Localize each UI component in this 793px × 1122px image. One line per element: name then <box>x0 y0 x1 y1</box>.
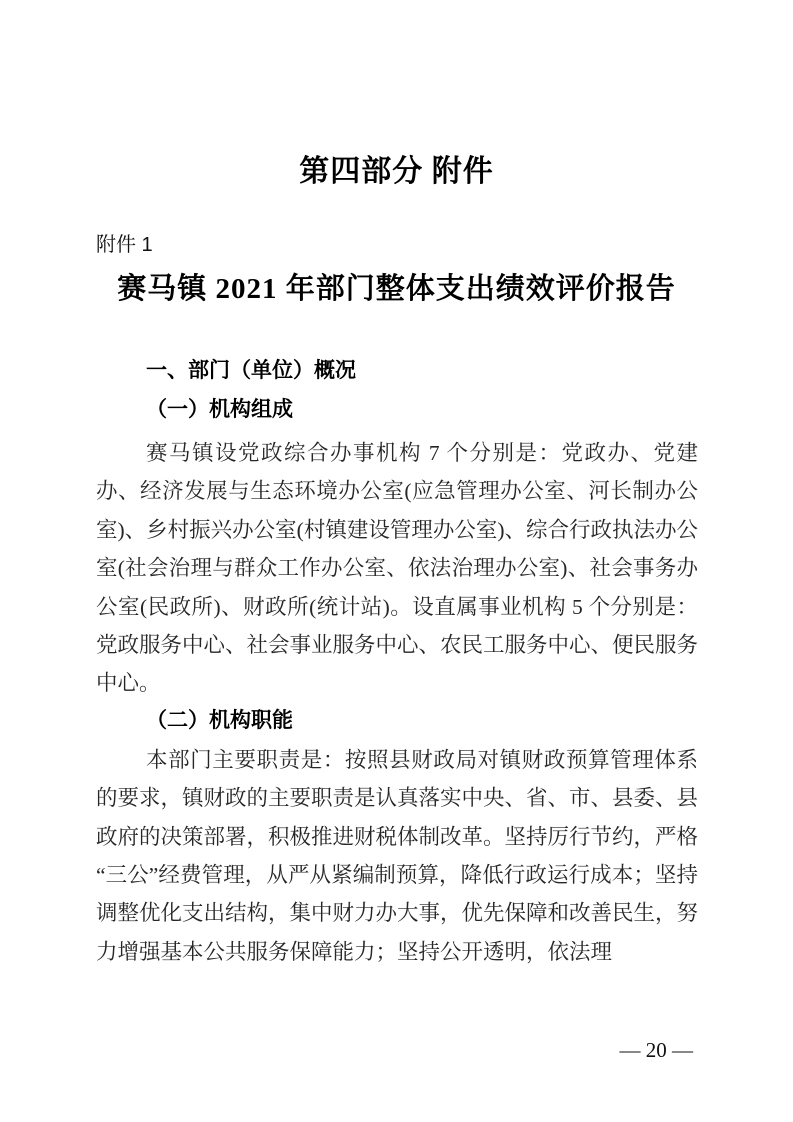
attachment-label: 附件 1 <box>96 228 153 257</box>
paragraph-org-functions: 本部门主要职责是：按照县财政局对镇财政预算管理体系的要求，镇财政的主要职责是认真… <box>96 741 698 971</box>
document-body: 一、部门（单位）概况 （一）机构组成 赛马镇设党政综合办事机构 7 个分别是：党… <box>96 350 698 971</box>
report-title: 赛马镇 2021 年部门整体支出绩效评价报告 <box>0 266 793 307</box>
subsection-heading-org-composition: （一）机构组成 <box>146 394 698 424</box>
subsection-heading-org-functions: （二）机构职能 <box>146 705 698 735</box>
document-page: 第四部分 附件 附件 1 赛马镇 2021 年部门整体支出绩效评价报告 一、部门… <box>0 0 793 1122</box>
paragraph-org-composition: 赛马镇设党政综合办事机构 7 个分别是：党政办、党建办、经济发展与生态环境办公室… <box>96 434 698 703</box>
part-heading: 第四部分 附件 <box>0 146 793 190</box>
page-number: — 20 — <box>0 1038 793 1063</box>
section-heading-overview: 一、部门（单位）概况 <box>146 356 698 386</box>
